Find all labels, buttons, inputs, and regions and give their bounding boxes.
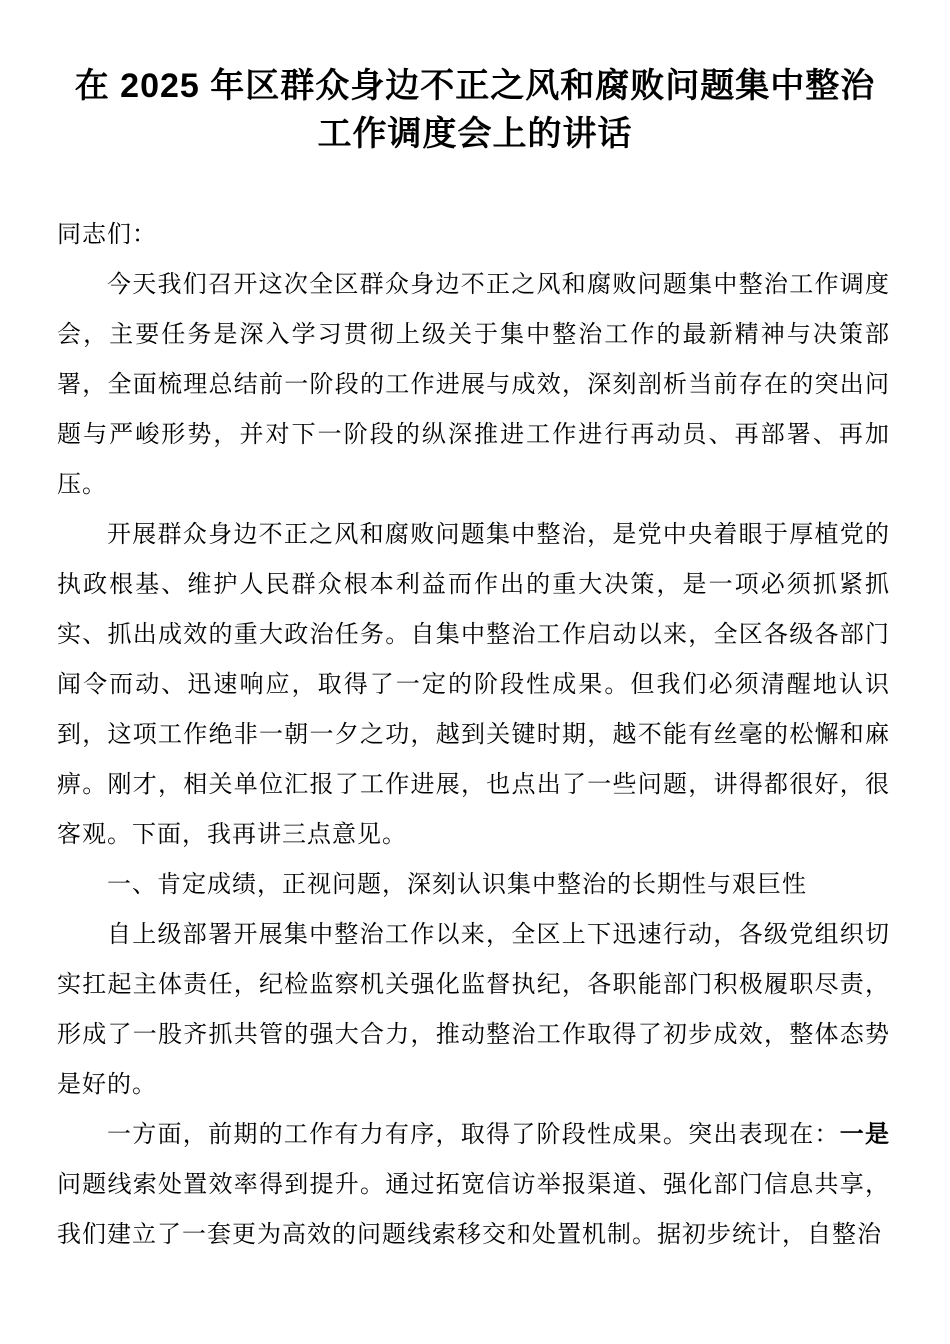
enumerator-yishi-bold: 一是 (840, 1121, 890, 1148)
paragraph-achievements: 一方面，前期的工作有力有序，取得了阶段性成果。突出表现在：一是问题线索处置效率得… (57, 1110, 890, 1260)
document-body: 同志们： 今天我们召开这次全区群众身边不正之风和腐败问题集中整治工作调度会，主要… (57, 210, 890, 1260)
salutation: 同志们： (57, 210, 890, 260)
paragraph-meeting-purpose: 今天我们召开这次全区群众身边不正之风和腐败问题集中整治工作调度会，主要任务是深入… (57, 260, 890, 510)
section-heading-1: 一、肯定成绩，正视问题，深刻认识集中整治的长期性与艰巨性 (57, 860, 890, 910)
paragraph-progress-overview: 自上级部署开展集中整治工作以来，全区上下迅速行动，各级党组织切实扛起主体责任，纪… (57, 910, 890, 1110)
document-title-line2: 工作调度会上的讲话 (58, 110, 892, 158)
paragraph-significance: 开展群众身边不正之风和腐败问题集中整治，是党中央着眼于厚植党的执政根基、维护人民… (57, 510, 890, 860)
document-title: 在 2025 年区群众身边不正之风和腐败问题集中整治 工作调度会上的讲话 (58, 62, 892, 158)
paragraph-achievements-rest: 问题线索处置效率得到提升。通过拓宽信访举报渠道、强化部门信息共享，我们建立了一套… (57, 1171, 890, 1248)
document-page: 在 2025 年区群众身边不正之风和腐败问题集中整治 工作调度会上的讲话 同志们… (0, 0, 950, 1344)
document-title-line1: 在 2025 年区群众身边不正之风和腐败问题集中整治 (58, 62, 892, 110)
paragraph-achievements-lead: 一方面，前期的工作有力有序，取得了阶段性成果。突出表现在： (107, 1121, 840, 1148)
